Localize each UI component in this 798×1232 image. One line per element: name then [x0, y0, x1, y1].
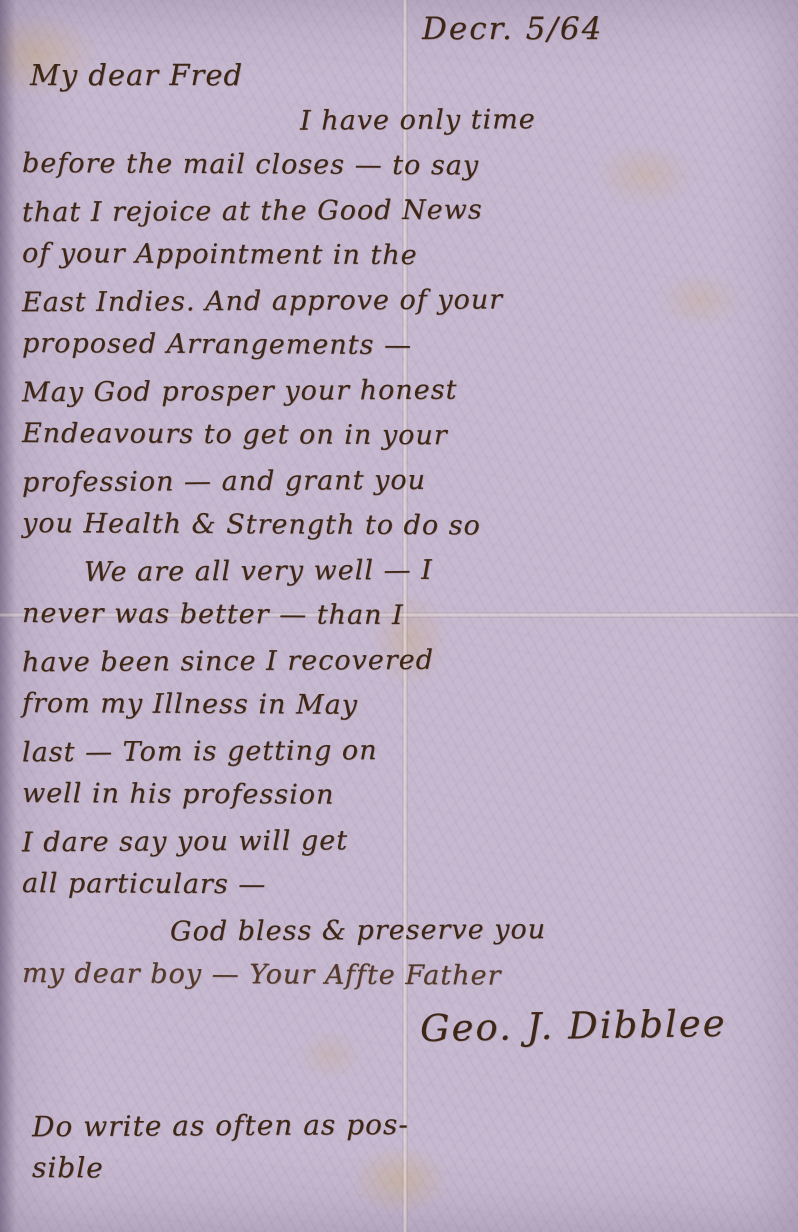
letter-line: We are all very well — I [22, 546, 778, 596]
letter-line: proposed Arrangements — [22, 321, 778, 370]
letter-line: last — Tom is getting on [22, 726, 778, 776]
letter-line: all particulars — [22, 861, 778, 910]
letter-line: before the mail closes — to say [22, 141, 778, 190]
letter-paragraph-2: We are all very well — Inever was better… [22, 548, 778, 908]
letter-salutation: My dear Fred [30, 52, 778, 98]
letter-line: of your Appointment in the [22, 231, 778, 280]
letter-date: Decr. 5/64 [422, 6, 778, 52]
letter-line: sible [32, 1145, 778, 1194]
letter-signature: Geo. J. Dibblee [420, 997, 779, 1055]
letter-text: Decr. 5/64 My dear Fred I have only time… [22, 6, 778, 1192]
letter-line: profession — and grant you [22, 456, 778, 506]
letter-line: Endeavours to get on in your [22, 411, 778, 460]
letter-line: never was better — than I [22, 591, 778, 640]
letter-line: my dear boy — Your Affte Father [22, 951, 778, 1000]
letter-line: Do write as often as pos- [32, 1100, 778, 1150]
letter-line: God bless & preserve you [22, 906, 778, 956]
letter-line: I dare say you will get [22, 816, 778, 866]
letter-line: East Indies. And approve of your [22, 276, 778, 326]
letter-line: from my Illness in May [22, 681, 778, 730]
letter-line: that I rejoice at the Good News [22, 186, 778, 236]
letter-postscript: Do write as often as pos-sible [32, 1102, 778, 1192]
letter-line: well in his profession [22, 771, 778, 820]
letter-page: Decr. 5/64 My dear Fred I have only time… [0, 0, 798, 1232]
letter-closing: God bless & preserve youmy dear boy — Yo… [22, 908, 778, 998]
letter-line: you Health & Strength to do so [22, 501, 778, 550]
letter-line: I have only time [22, 96, 778, 146]
letter-paragraph-1: I have only timebefore the mail closes —… [22, 98, 778, 548]
letter-line: May God prosper your honest [22, 366, 778, 416]
letter-line: have been since I recovered [22, 636, 778, 686]
